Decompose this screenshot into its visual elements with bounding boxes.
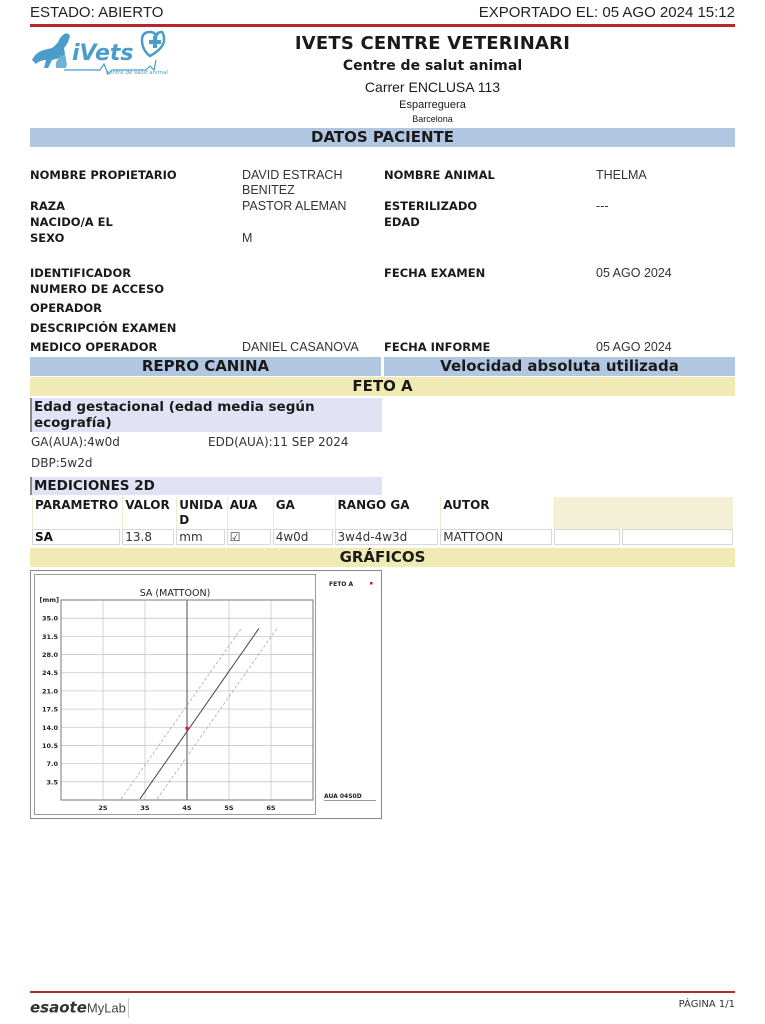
breed-label: RAZA — [30, 199, 65, 214]
legend-svg: FETO AAUA 04S0D — [321, 574, 379, 815]
svg-text:31.5: 31.5 — [42, 633, 59, 641]
measurements-title: MEDICIONES 2D — [30, 477, 382, 495]
clinic-city: Esparreguera — [180, 97, 685, 113]
measurements-table: PARAMETRO VALOR UNIDAD AUA GA RANGO GA A… — [30, 497, 735, 545]
dog-cat-heart-cross-logo-icon: iVets centre de salut animal — [30, 30, 170, 76]
svg-text:2S: 2S — [98, 804, 108, 812]
svg-text:10.5: 10.5 — [42, 742, 59, 750]
clinic-province: Barcelona — [180, 113, 685, 125]
svg-text:6S: 6S — [266, 804, 276, 812]
clinic-subtitle: Centre de salut animal — [180, 55, 685, 77]
col-unit-line2: D — [179, 513, 189, 527]
report-date-value: 05 AGO 2024 — [596, 340, 672, 355]
table-row: SA 13.8 mm ☑ 4w0d 3w4d-4w3d MATTOON — [32, 529, 733, 545]
cell-author: MATTOON — [440, 529, 552, 545]
clinic-name: IVETS CENTRE VETERINARI — [180, 33, 685, 55]
svg-text:centre de salut animal: centre de salut animal — [106, 70, 168, 76]
fetus-header: FETO A — [30, 377, 735, 396]
fetus-a-point — [186, 727, 189, 730]
svg-text:4S: 4S — [182, 804, 192, 812]
svg-text:3S: 3S — [140, 804, 150, 812]
report-header: ESTADO: ABIERTO EXPORTADO EL: 05 AGO 202… — [30, 4, 735, 24]
clinic-logo: iVets centre de salut animal — [30, 30, 170, 76]
velocity-header: Velocidad absoluta utilizada — [384, 357, 735, 376]
col-empty — [554, 497, 733, 529]
animal-value: THELMA — [596, 168, 647, 183]
logo-divider — [128, 998, 129, 1018]
ga-aua: GA(AUA):4w0d — [31, 435, 120, 449]
svg-text:17.5: 17.5 — [42, 706, 59, 714]
col-ga: GA — [273, 497, 333, 529]
footer-divider — [30, 991, 735, 993]
col-aua: AUA — [227, 497, 271, 529]
brand-name: esaote — [30, 999, 87, 1017]
col-unit: UNIDAD — [176, 497, 225, 529]
svg-text:FETO A: FETO A — [329, 581, 353, 588]
svg-text:24.5: 24.5 — [42, 669, 59, 677]
cell-ga: 4w0d — [273, 529, 333, 545]
y-axis-label: [mm] — [40, 596, 60, 604]
operator-label: OPERADOR — [30, 301, 102, 316]
owner-label: NOMBRE PROPIETARIO — [30, 168, 177, 183]
sterilized-value: --- — [596, 199, 609, 214]
col-unit-line1: UNIDA — [179, 498, 223, 512]
breed-value: PASTOR ALEMAN — [242, 199, 346, 214]
esaote-logo: esaoteMyLab — [30, 998, 129, 1020]
identifier-label: IDENTIFICADOR — [30, 266, 131, 281]
age-label: EDAD — [384, 215, 420, 230]
cell-empty-2 — [622, 529, 733, 545]
chart-title: SA (MATTOON) — [140, 588, 211, 599]
section-graphs: GRÁFICOS — [30, 548, 735, 567]
exam-date-label: FECHA EXAMEN — [384, 266, 485, 281]
header-divider — [30, 24, 735, 27]
svg-text:5S: 5S — [224, 804, 234, 812]
animal-label: NOMBRE ANIMAL — [384, 168, 495, 183]
edd-aua: EDD(AUA):11 SEP 2024 — [208, 435, 349, 449]
owner-value-1: DAVID ESTRACH — [242, 168, 342, 183]
exam-date-value: 05 AGO 2024 — [596, 266, 672, 281]
col-value: VALOR — [122, 497, 174, 529]
table-header-row: PARAMETRO VALOR UNIDAD AUA GA RANGO GA A… — [32, 497, 733, 529]
born-label: NACIDO/A EL — [30, 215, 113, 230]
chart-legend: FETO AAUA 04S0D — [321, 574, 379, 815]
cell-parameter: SA — [32, 529, 120, 545]
chart-plot-frame: SA (MATTOON)[mm]3.57.010.514.017.521.024… — [34, 574, 316, 815]
dbp-value: DBP:5w2d — [31, 456, 92, 470]
cell-ga-range: 3w4d-4w3d — [335, 529, 439, 545]
report-date-label: FECHA INFORME — [384, 340, 490, 355]
sa-growth-chart-svg: SA (MATTOON)[mm]3.57.010.514.017.521.024… — [35, 575, 317, 816]
sex-value: M — [242, 231, 252, 246]
aua-annotation: AUA 04S0D — [324, 793, 362, 800]
sterilized-label: ESTERILIZADO — [384, 199, 477, 214]
growth-chart: SA (MATTOON)[mm]3.57.010.514.017.521.024… — [30, 570, 382, 819]
aua-checkbox[interactable]: ☑ — [227, 529, 271, 545]
col-author: AUTOR — [440, 497, 552, 529]
cell-empty-1 — [554, 529, 620, 545]
col-parameter: PARAMETRO — [32, 497, 120, 529]
clinic-address: Carrer ENCLUSA 113 — [180, 77, 685, 97]
sex-label: SEXO — [30, 231, 64, 246]
section-patient-data: DATOS PACIENTE — [30, 128, 735, 147]
svg-text:35.0: 35.0 — [42, 615, 59, 623]
exam-type-header: REPRO CANINA — [30, 357, 381, 376]
col-ga-range: RANGO GA — [335, 497, 439, 529]
clinic-info: IVETS CENTRE VETERINARI Centre de salut … — [180, 33, 685, 125]
svg-text:3.5: 3.5 — [46, 778, 58, 786]
svg-text:iVets: iVets — [72, 41, 134, 66]
export-timestamp: EXPORTADO EL: 05 AGO 2024 15:12 — [479, 4, 735, 21]
svg-text:28.0: 28.0 — [42, 651, 59, 659]
exam-description-label: DESCRIPCIÓN EXAMEN — [30, 321, 176, 336]
svg-text:7.0: 7.0 — [46, 760, 58, 768]
cell-unit: mm — [176, 529, 225, 545]
gestational-age-title: Edad gestacional (edad media según ecogr… — [30, 398, 382, 432]
doctor-label: MEDICO OPERADOR — [30, 340, 157, 355]
cell-value: 13.8 — [122, 529, 174, 545]
report-status: ESTADO: ABIERTO — [30, 4, 163, 21]
owner-value-2: BENITEZ — [242, 183, 295, 198]
doctor-value: DANIEL CASANOVA — [242, 340, 359, 355]
page-number: PÁGINA 1/1 — [679, 999, 735, 1010]
svg-text:14.0: 14.0 — [42, 724, 59, 732]
svg-text:21.0: 21.0 — [42, 687, 59, 695]
product-name: MyLab — [87, 1001, 126, 1016]
access-number-label: NUMERO DE ACCESO — [30, 282, 164, 297]
